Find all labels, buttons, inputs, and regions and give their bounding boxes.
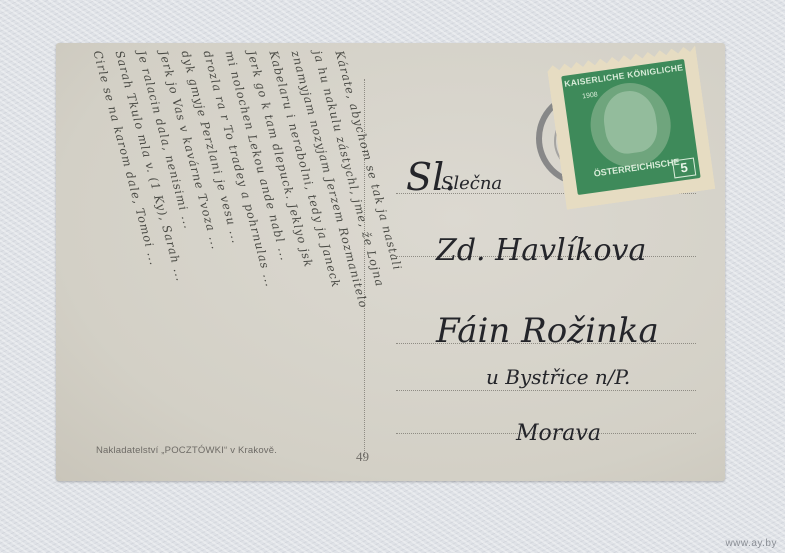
recipient-region: Morava xyxy=(516,421,601,446)
stamp-face: KAISERLICHE KÖNIGLICHE 1908 ÖSTERREICHIS… xyxy=(561,59,700,195)
stamp-value: 5 xyxy=(672,158,696,179)
address-line xyxy=(396,390,696,391)
postcard: Kárate, abychom se tak ja nastali ja hu … xyxy=(56,43,725,481)
address-salutation-full: Slečna xyxy=(441,173,502,194)
recipient-street: u Bystřice n/P. xyxy=(486,365,630,389)
stamp-year: 1908 xyxy=(582,91,598,100)
recipient-city: Fáin Rožinka xyxy=(436,311,659,351)
publisher-imprint: Nakladatelství „POCZTÓWKI“ v Krakově. xyxy=(96,445,277,456)
watermark: www.ay.by xyxy=(725,538,777,549)
recipient-name: Zd. Havlíkova xyxy=(436,233,646,268)
handwritten-message: Kárate, abychom se tak ja nastali ja hu … xyxy=(64,49,362,469)
card-number: 49 xyxy=(356,449,369,465)
postage-stamp: KAISERLICHE KÖNIGLICHE 1908 ÖSTERREICHIS… xyxy=(547,45,716,209)
center-divider xyxy=(364,79,365,459)
